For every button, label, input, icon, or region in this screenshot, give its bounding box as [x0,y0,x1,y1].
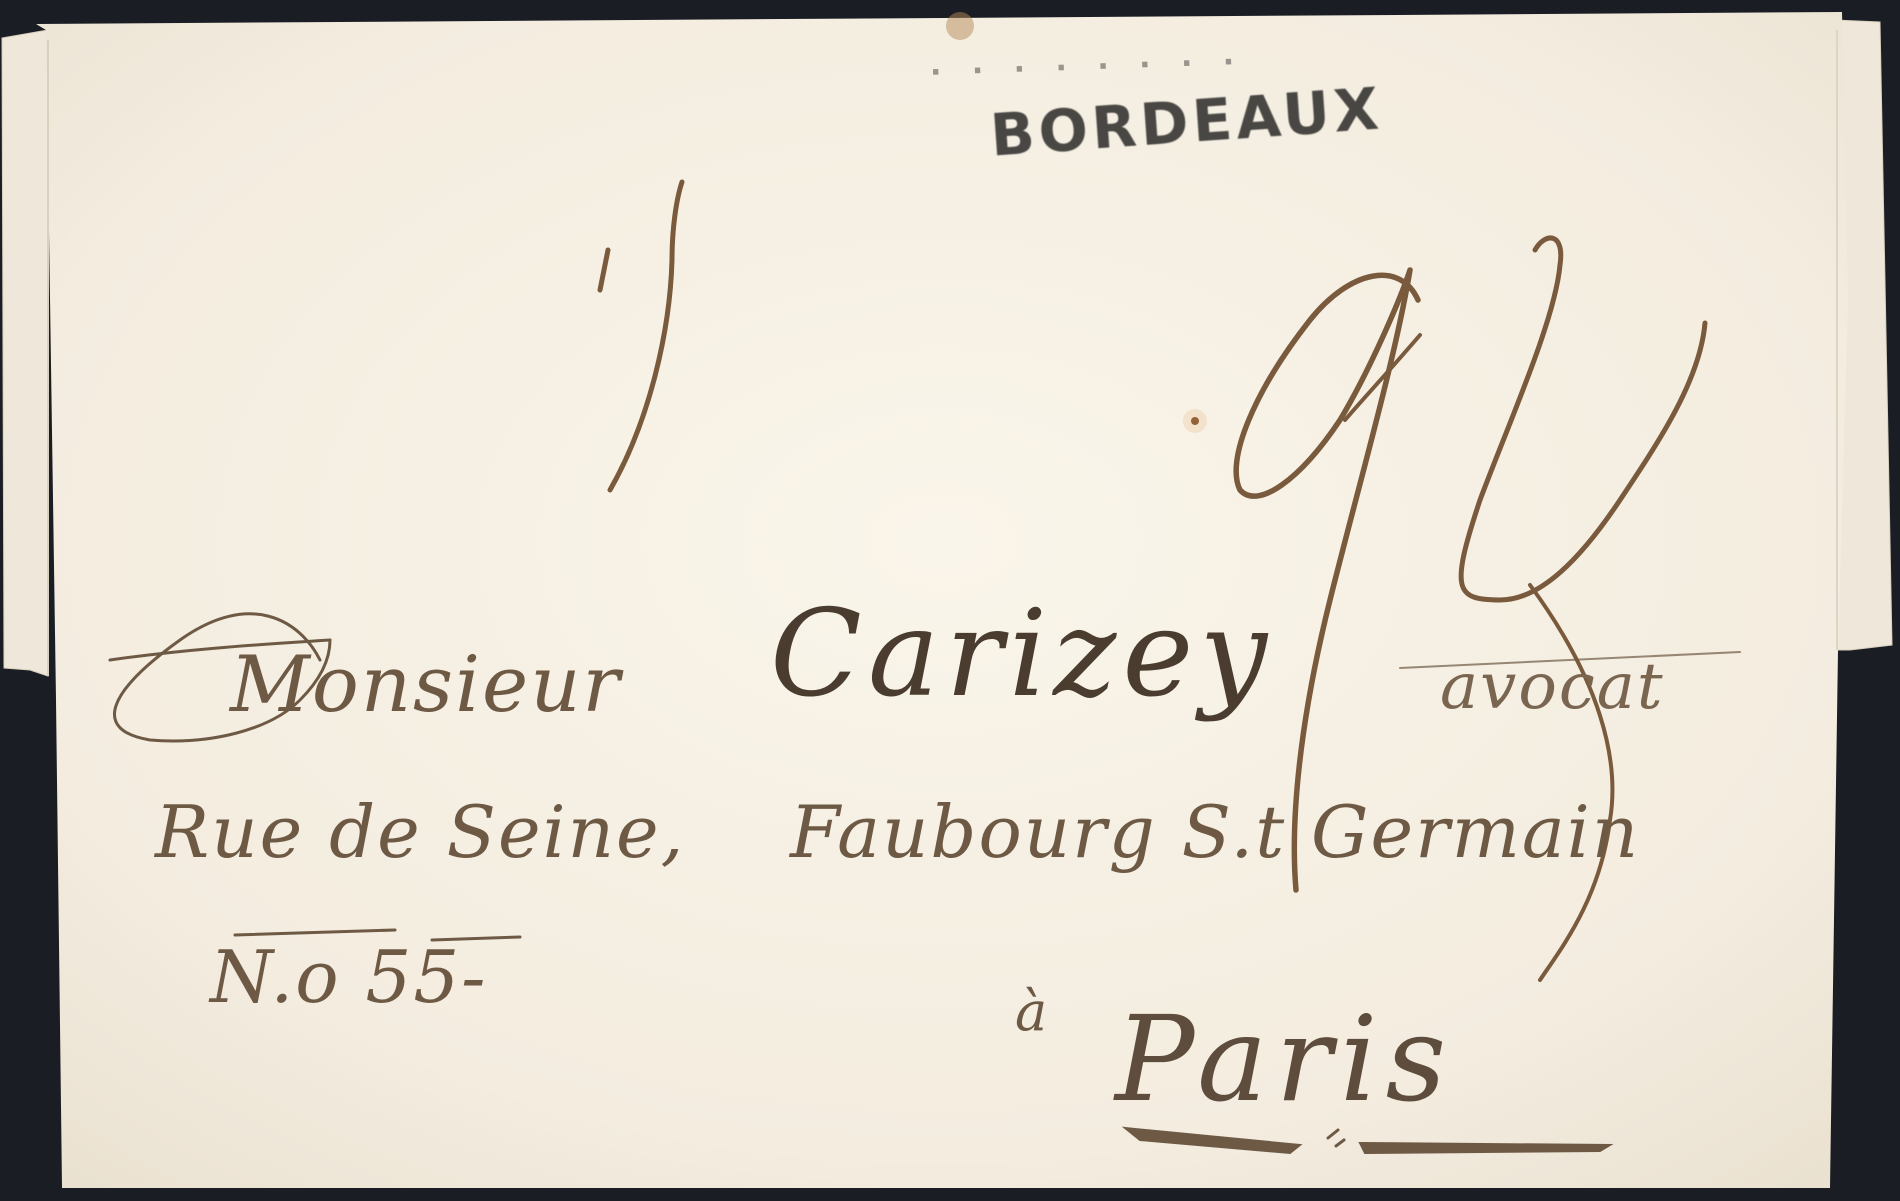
letter-scene: · · · · · · · · BORDEAUX [0,0,1900,1201]
rate-mark-tail [1530,585,1612,980]
address-salutation: Monsieur [230,640,622,730]
address-city: Paris [1115,990,1454,1128]
upper-left-paren-mark [610,182,682,490]
address-preposition: à [1015,980,1049,1043]
upper-left-tick-mark [600,250,608,290]
address-house-number: N.o 55- [210,935,487,1019]
rate-mark-second [1461,238,1705,600]
paris-underline-left [1125,1128,1300,1153]
address-recipient-title: avocat [1440,650,1665,724]
paris-underline-right [1360,1143,1610,1153]
address-recipient-name: Carizey [770,585,1273,724]
address-street: Rue de Seine, [155,790,686,874]
address-district: Faubourg S.t Germain [790,790,1640,874]
